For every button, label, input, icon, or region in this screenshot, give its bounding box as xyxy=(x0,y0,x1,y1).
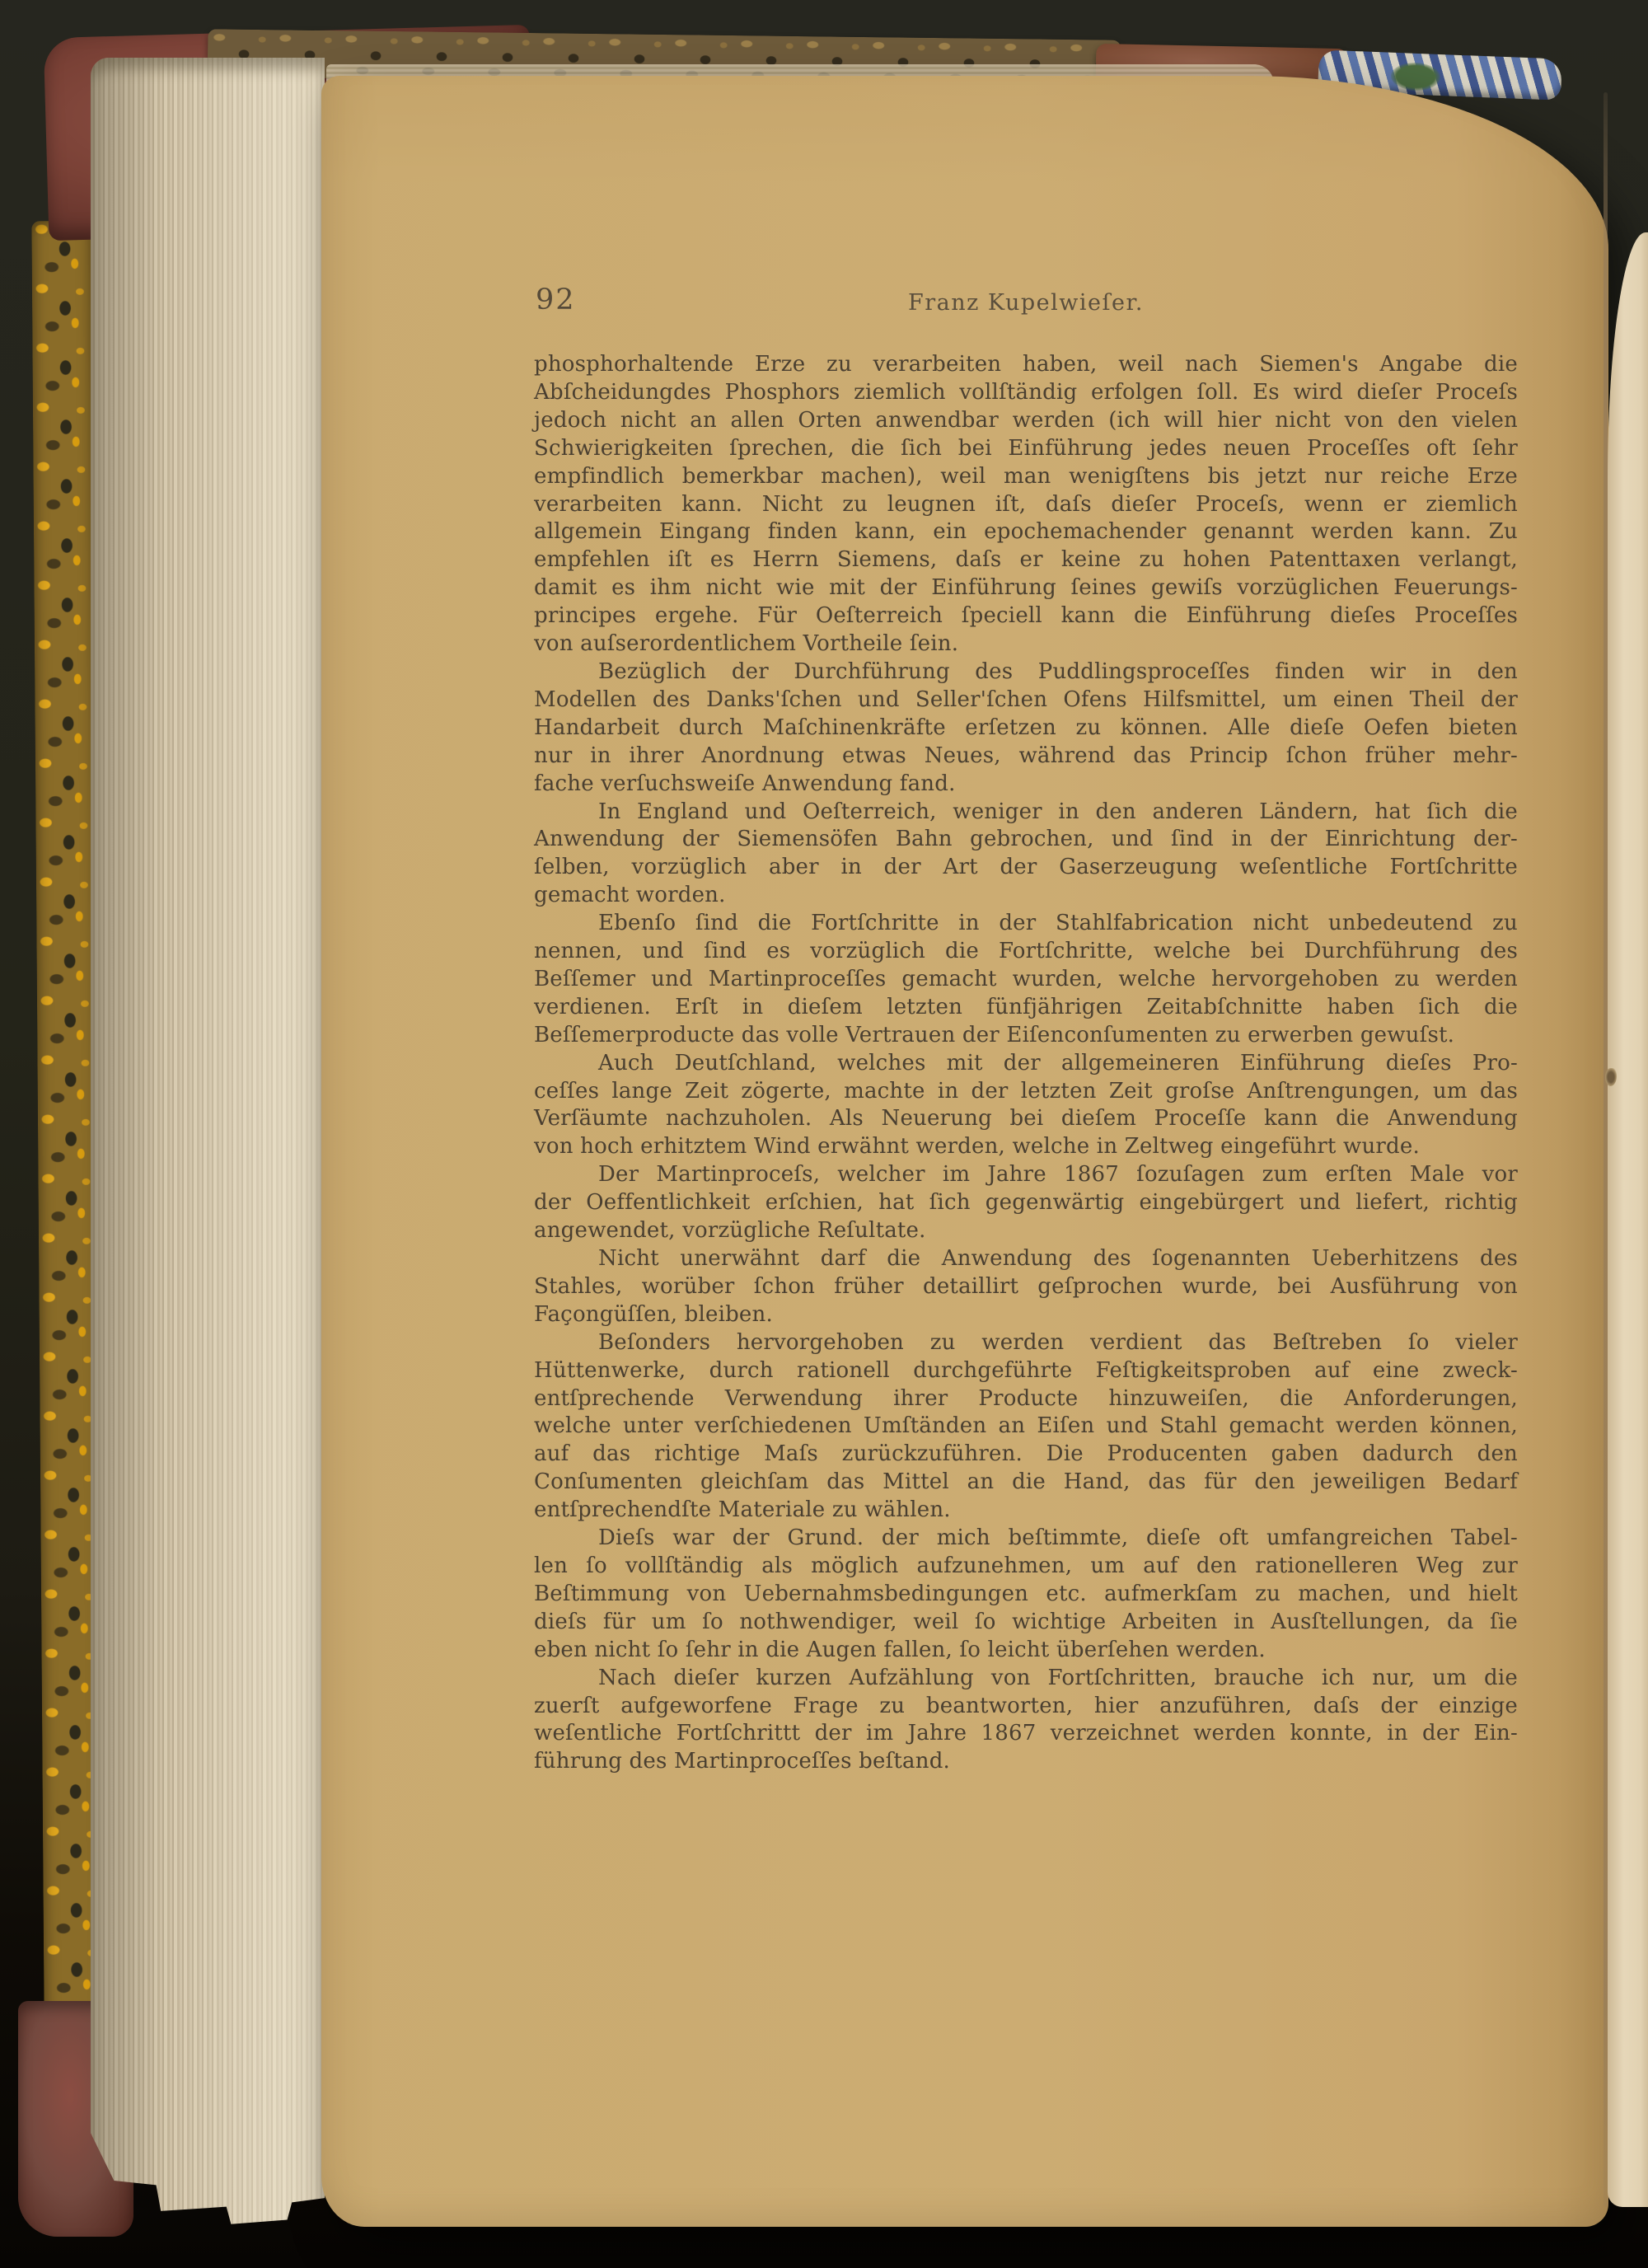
text-line: Verſäumte nachzuholen. Als Neuerung bei … xyxy=(534,1105,1518,1133)
facing-page-sliver xyxy=(1608,232,1648,2207)
text-line: Nicht unerwähnt darf die Anwendung des ſ… xyxy=(534,1245,1518,1273)
text-line: der Oeffentlichkeit erſchien, hat ſich g… xyxy=(534,1189,1518,1217)
text-line: dieſs für um ſo nothwendiger, weil ſo wi… xyxy=(534,1609,1518,1637)
text-line: angewendet, vorzügliche Reſultate. xyxy=(534,1217,1518,1245)
text-line: jedoch nicht an allen Orten anwendbar we… xyxy=(534,407,1518,435)
paragraph: Beſonders hervorgehoben zu werden verdie… xyxy=(534,1329,1518,1525)
text-line: eben nicht ſo ſehr in die Augen fallen, … xyxy=(534,1637,1518,1665)
text-line: Schwierigkeiten ſprechen, die ſich bei E… xyxy=(534,435,1518,463)
text-line: Beſtimmung von Uebernahmsbedingungen etc… xyxy=(534,1581,1518,1609)
text-line: zuerſt aufgeworfene Frage zu beantworten… xyxy=(534,1693,1518,1721)
text-line: verdienen. Erſt in dieſem letzten fünfjä… xyxy=(534,994,1518,1022)
running-header: Franz Kupelwieſer. xyxy=(534,290,1518,316)
text-line: verarbeiten kann. Nicht zu leugnen iſt, … xyxy=(534,491,1518,519)
text-line: Beſſemerproducte das volle Vertrauen der… xyxy=(534,1022,1518,1050)
text-line: Bezüglich der Durchführung des Puddlings… xyxy=(534,658,1518,686)
text-line: von hoch erhitztem Wind erwähnt werden, … xyxy=(534,1133,1518,1161)
text-line: gemacht worden. xyxy=(534,882,1518,910)
gutter-fold-line xyxy=(1604,92,1608,2207)
text-line: Modellen des Danks'ſchen und Seller'ſche… xyxy=(534,686,1518,715)
paragraph: Dieſs war der Grund. der mich beſtimmte,… xyxy=(534,1525,1518,1665)
paragraph: Bezüglich der Durchführung des Puddlings… xyxy=(534,658,1518,799)
book-photo: { "page": { "page_number": "92", "runnin… xyxy=(0,0,1648,2268)
text-line: Ebenſo ſind die Fortſchritte in der Stah… xyxy=(534,910,1518,938)
text-line: Conſumenten gleichſam das Mittel an die … xyxy=(534,1469,1518,1497)
paragraph: Nicht unerwähnt darf die Anwendung des ſ… xyxy=(534,1245,1518,1329)
page-edge-stack-left xyxy=(91,58,325,2228)
text-line: empfindlich bemerkbar machen), weil man … xyxy=(534,463,1518,491)
text-line: nur in ihrer Anordnung etwas Neues, währ… xyxy=(534,743,1518,771)
text-line: empfehlen iſt es Herrn Siemens, daſs er … xyxy=(534,546,1518,574)
text-line: Abſcheidungdes Phosphors ziemlich vollſt… xyxy=(534,379,1518,407)
paragraph: In England und Oeſterreich, weniger in d… xyxy=(534,799,1518,911)
text-line: fache verſuchsweiſe Anwendung fand. xyxy=(534,771,1518,799)
text-line: entſprechende Verwendung ihrer Producte … xyxy=(534,1385,1518,1413)
text-line: entſprechendſte Materiale zu wählen. xyxy=(534,1497,1518,1525)
paragraph: Nach dieſer kurzen Aufzählung von Fortſc… xyxy=(534,1665,1518,1777)
text-line: Beſonders hervorgehoben zu werden verdie… xyxy=(534,1329,1518,1357)
text-line: Hüttenwerke, durch rationell durchgeführ… xyxy=(534,1357,1518,1385)
text-line: Der Martinproceſs, welcher im Jahre 1867… xyxy=(534,1161,1518,1189)
text-line: führung des Martinproceſſes beſtand. xyxy=(534,1748,1518,1776)
text-line: Nach dieſer kurzen Aufzählung von Fortſc… xyxy=(534,1665,1518,1693)
text-line: Stahles, worüber ſchon früher detaillirt… xyxy=(534,1273,1518,1301)
text-line: ſelben, vorzüglich aber in der Art der G… xyxy=(534,854,1518,882)
text-line: In England und Oeſterreich, weniger in d… xyxy=(534,799,1518,827)
text-line: allgemein Eingang finden kann, ein epoch… xyxy=(534,518,1518,546)
text-line: Dieſs war der Grund. der mich beſtimmte,… xyxy=(534,1525,1518,1553)
paragraph: Auch Deutſchland, welches mit der allgem… xyxy=(534,1050,1518,1162)
paragraph: Der Martinproceſs, welcher im Jahre 1867… xyxy=(534,1161,1518,1245)
text-line: principes ergehe. Für Oeſterreich ſpecie… xyxy=(534,602,1518,630)
text-line: damit es ihm nicht wie mit der Einführun… xyxy=(534,574,1518,602)
text-line: auf das richtige Maſs zurückzuführen. Di… xyxy=(534,1441,1518,1469)
text-line: len ſo vollſtändig als möglich aufzunehm… xyxy=(534,1553,1518,1581)
paragraph: phosphorhaltende Erze zu verarbeiten hab… xyxy=(534,351,1518,658)
text-line: Auch Deutſchland, welches mit der allgem… xyxy=(534,1050,1518,1078)
text-line: phosphorhaltende Erze zu verarbeiten hab… xyxy=(534,351,1518,379)
text-line: Façongüſſen, bleiben. xyxy=(534,1301,1518,1329)
text-line: weſentliche Fortſchrittt der im Jahre 18… xyxy=(534,1720,1518,1748)
text-line: Beſſemer und Martinproceſſes gemacht wur… xyxy=(534,966,1518,994)
text-line: welche unter verſchiedenen Umſtänden an … xyxy=(534,1413,1518,1441)
body-text: phosphorhaltende Erze zu verarbeiten hab… xyxy=(534,351,1518,1776)
text-line: von auſserordentlichem Vortheile ſein. xyxy=(534,630,1518,658)
text-line: Anwendung der Siemensöfen Bahn gebrochen… xyxy=(534,826,1518,854)
text-line: nennen, und ſind es vorzüglich die Fortſ… xyxy=(534,938,1518,966)
text-line: ceſſes lange Zeit zögerte, machte in der… xyxy=(534,1078,1518,1106)
text-line: Handarbeit durch Maſchinenkräfte erſetze… xyxy=(534,715,1518,743)
paragraph: Ebenſo ſind die Fortſchritte in der Stah… xyxy=(534,910,1518,1050)
